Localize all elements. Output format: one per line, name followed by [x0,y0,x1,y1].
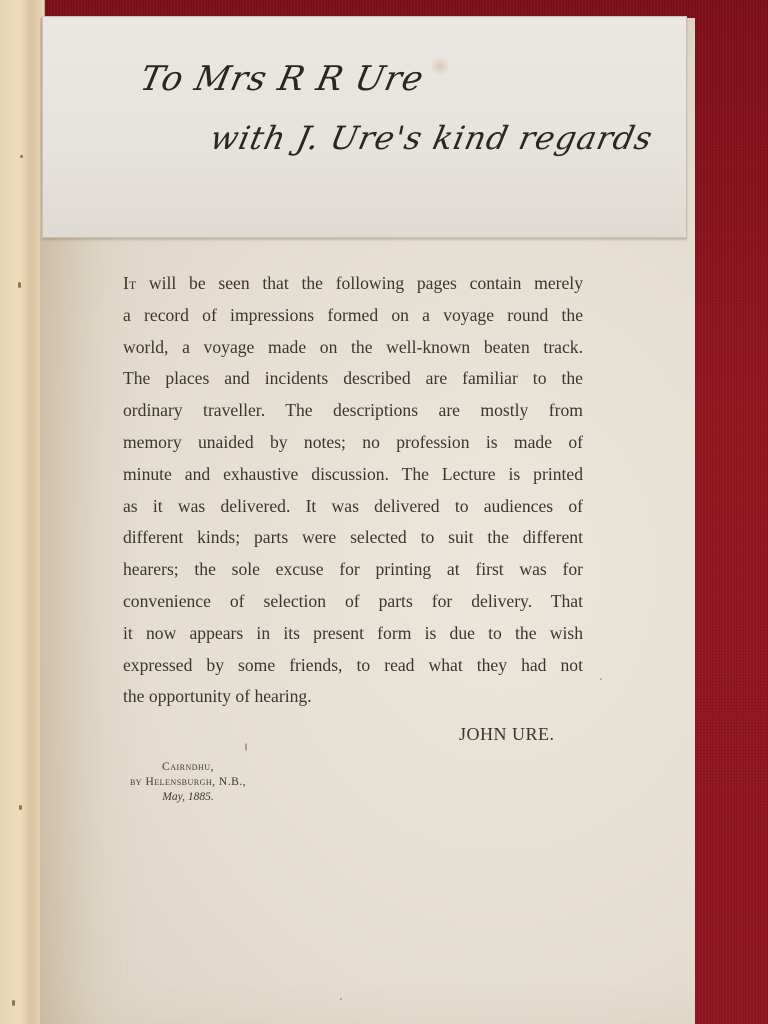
foxing-spot [19,805,22,810]
paper-speck [600,678,602,680]
paper-speck [245,743,247,751]
preface-line: memory unaided by notes; no profession i… [123,427,583,459]
book-photo: To Mrs R R Ure with J. Ure's kind regard… [0,0,768,1024]
paper-speck [340,998,342,1000]
preface-text: It will be seen that the following pages… [123,268,583,713]
inscription-card: To Mrs R R Ure with J. Ure's kind regard… [42,16,687,238]
imprint-locality: by Helensburgh, N.B., [108,775,268,790]
inscription-recipient: To Mrs R R Ure [137,59,428,99]
preface-line: as it was delivered. It was delivered to… [123,491,583,523]
preface-line: expressed by some friends, to read what … [123,650,583,682]
preface-line: It will be seen that the following pages… [123,268,583,300]
imprint-date: May, 1885. [108,790,268,805]
preface-line: different kinds; parts were selected to … [123,522,583,554]
preface-line: The places and incidents described are f… [123,363,583,395]
place-date-imprint: Cairndhu, by Helensburgh, N.B., May, 188… [108,760,268,805]
preface-line: a record of impressions formed on a voya… [123,300,583,332]
preface-line: world, a voyage made on the well-known b… [123,332,583,364]
preface-line: hearers; the sole excuse for printing at… [123,554,583,586]
foxing-spot [18,282,21,288]
imprint-place: Cairndhu, [108,760,268,775]
preface-line: it now appears in its present form is du… [123,618,583,650]
preface-line: minute and exhaustive discussion. The Le… [123,459,583,491]
foxing-spot [20,155,23,158]
foxing-spot [12,1000,15,1006]
facing-page-edge [0,0,45,1024]
preface-line: convenience of selection of parts for de… [123,586,583,618]
preface-line: ordinary traveller. The descriptions are… [123,395,583,427]
preface-lead: It [123,273,136,293]
inscription-regards: with J. Ure's kind regards [207,119,657,157]
author-signature: JOHN URE. [459,724,555,745]
card-stain [429,57,451,75]
preface-line: the opportunity of hearing. [123,681,583,713]
